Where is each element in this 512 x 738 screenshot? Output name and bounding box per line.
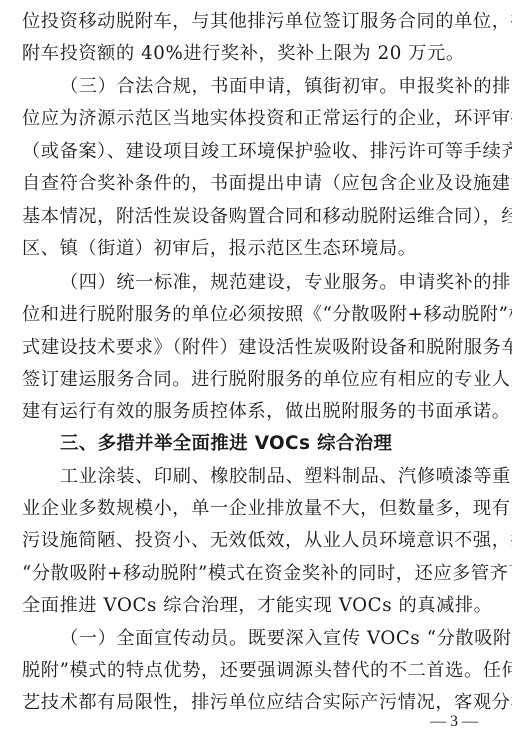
page-number: — 3 — xyxy=(430,710,478,734)
subsection-first-line: （三）合法合规，书面申请，镇街初审。申报奖补的排污单 xyxy=(60,75,492,99)
text-line: 脱附”模式的特点优势，还要强调源头替代的不二首选。任何工 xyxy=(22,659,492,683)
text-line: 业企业多数规模小，单一企业排放量不大，但数量多，现有的治 xyxy=(22,497,492,521)
text-line: “分散吸附+移动脱附”模式在资金奖补的同时，还应多管齐下， xyxy=(22,562,492,586)
text-line: 式建设技术要求》（附件）建设活性炭吸附设备和脱附服务车， xyxy=(22,336,492,360)
subsection-first-line: （四）统一标准，规范建设，专业服务。申请奖补的排污单 xyxy=(60,271,492,295)
text-line: 污设施简陋、投资小、无效低效，从业人员环境意识不强，推行 xyxy=(22,529,492,553)
subsection-first-line: （一）全面宣传动员。既要深入宣传 VOCs “分散吸附+移动 xyxy=(60,627,492,651)
text-line: 基本情况，附活性炭设备购置合同和移动脱附运维合同），经片 xyxy=(22,205,492,229)
document-page: 位投资移动脱附车，与其他排污单位签订服务合同的单位，按脱 附车投资额的 40%进… xyxy=(0,0,512,738)
text-line: 区、镇（街道）初审后，报示范区生态环境局。 xyxy=(22,237,492,261)
text-line: 附车投资额的 40%进行奖补，奖补上限为 20 万元。 xyxy=(22,42,492,66)
text-line: （或备案）、建设项目竣工环境保护验收、排污许可等手续齐全。 xyxy=(22,140,492,164)
text-line: 建有运行有效的服务质控体系，做出脱附服务的书面承诺。 xyxy=(22,400,492,424)
text-line: 位投资移动脱附车，与其他排污单位签订服务合同的单位，按脱 xyxy=(22,10,492,34)
text-line: 全面推进 VOCs 综合治理，才能实现 VOCs 的真减排。 xyxy=(22,594,492,618)
text-line: 签订建运服务合同。进行脱附服务的单位应有相应的专业人员， xyxy=(22,368,492,392)
paragraph-first-line: 工业涂装、印刷、橡胶制品、塑料制品、汽修喷漆等重点行 xyxy=(60,465,492,489)
text-line: 艺技术都有局限性，排污单位应结合实际产污情况，客观分析污 xyxy=(22,691,492,715)
section-heading: 三、多措并举全面推进 VOCs 综合治理 xyxy=(60,432,392,456)
text-line: 自查符合奖补条件的，书面提出申请（应包含企业及设施建设的 xyxy=(22,172,492,196)
text-line: 位应为济源示范区当地实体投资和正常运行的企业，环评审批 xyxy=(22,107,492,131)
text-line: 位和进行脱附服务的单位必须按照《“分散吸附+移动脱附”模 xyxy=(22,303,492,327)
